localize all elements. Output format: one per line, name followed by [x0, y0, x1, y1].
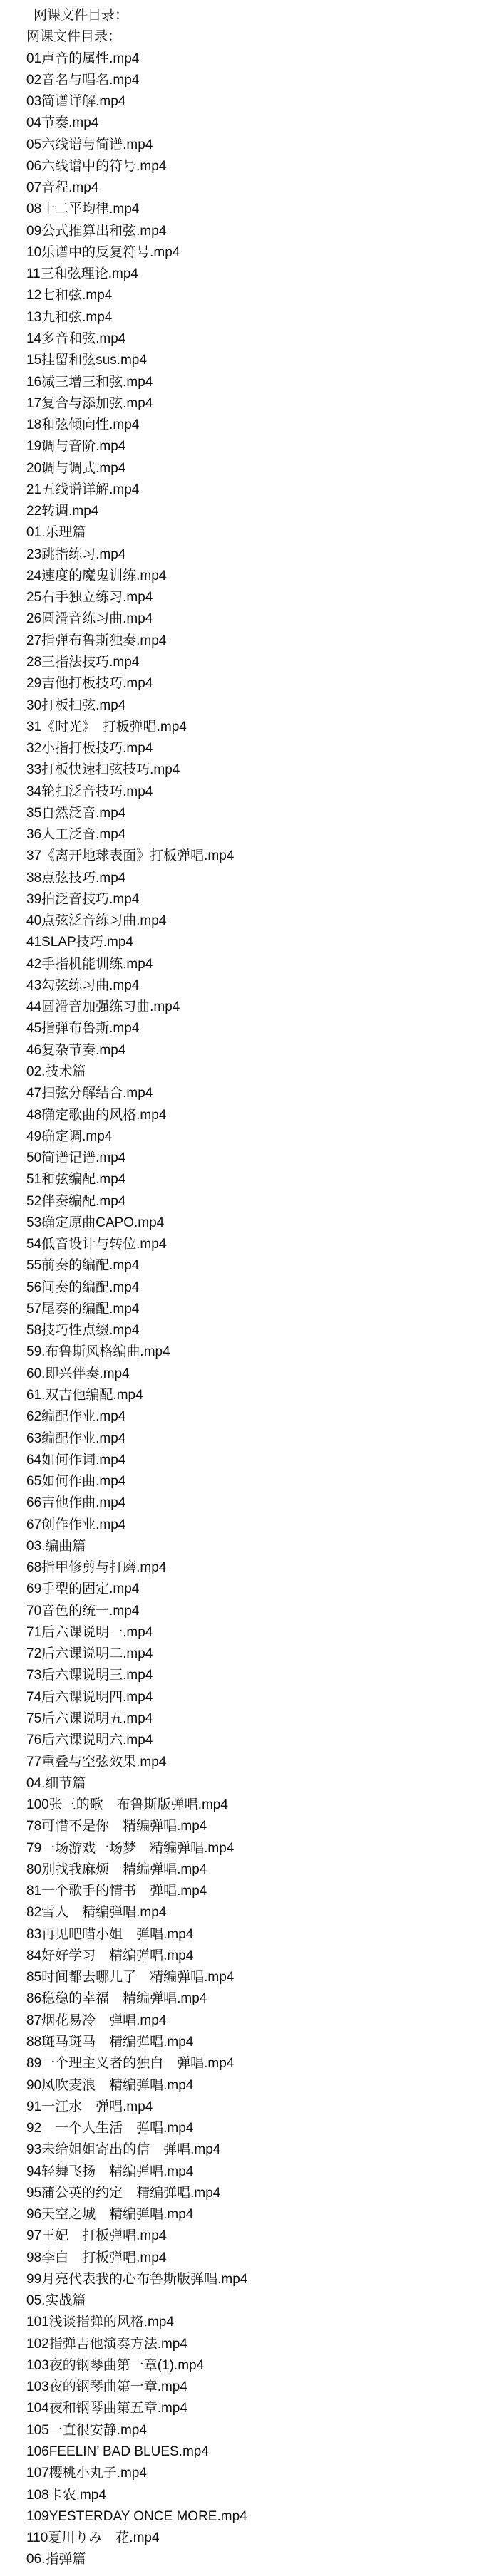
file-list-item: 60.即兴伴奏.mp4 — [26, 1364, 483, 1385]
file-list-item: 46复杂节奏.mp4 — [26, 1040, 483, 1061]
file-list-item: 45指弹布鲁斯.mp4 — [26, 1018, 483, 1039]
file-list-item: 25右手独立练习.mp4 — [26, 587, 483, 608]
file-list-item: 37《离开地球表面》打板弹唱.mp4 — [26, 846, 483, 867]
file-list-item: 51和弦编配.mp4 — [26, 1169, 483, 1190]
file-list-item: 49确定调.mp4 — [26, 1126, 483, 1148]
file-list-item: 86稳稳的幸福 精编弹唱.mp4 — [26, 1988, 483, 2010]
file-list-item: 85时间都去哪儿了 精编弹唱.mp4 — [26, 1967, 483, 1988]
file-list-item: 64如何作词.mp4 — [26, 1450, 483, 1471]
file-list-item: 69手型的固定.mp4 — [26, 1579, 483, 1600]
file-list-item: 16减三增三和弦.mp4 — [26, 372, 483, 393]
file-list-item: 11三和弦理论.mp4 — [26, 264, 483, 285]
file-list-item: 17复合与添加弦.mp4 — [26, 393, 483, 415]
file-list-item: 55前奏的编配.mp4 — [26, 1255, 483, 1277]
file-list-item: 94轻舞飞扬 精编弹唱.mp4 — [26, 2161, 483, 2183]
file-list-item: 99月亮代表我的心布鲁斯版弹唱.mp4 — [26, 2269, 483, 2290]
file-list-item: 36人工泛音.mp4 — [26, 824, 483, 846]
file-list-item: 03简谱详解.mp4 — [26, 91, 483, 113]
file-list-item: 47扫弦分解结合.mp4 — [26, 1083, 483, 1104]
section-label: 02.技术篇 — [26, 1061, 483, 1083]
file-list-item: 21五线谱详解.mp4 — [26, 479, 483, 501]
file-list-item: 97王妃 打板弹唱.mp4 — [26, 2226, 483, 2247]
file-list-item: 67创作作业.mp4 — [26, 1515, 483, 1536]
file-list-item: 90风吹麦浪 精编弹唱.mp4 — [26, 2075, 483, 2097]
file-list-item: 65如何作曲.mp4 — [26, 1471, 483, 1492]
file-list-item: 84好好学习 精编弹唱.mp4 — [26, 1946, 483, 1967]
file-list-item: 57尾奏的编配.mp4 — [26, 1299, 483, 1320]
file-list-item: 29吉他打板技巧.mp4 — [26, 673, 483, 695]
file-list-item: 58技巧性点缀.mp4 — [26, 1320, 483, 1341]
file-list-item: 95蒲公英的约定 精编弹唱.mp4 — [26, 2183, 483, 2204]
file-list-item: 103夜的钢琴曲第一章.mp4 — [26, 2377, 483, 2398]
file-list-item: 70音色的统一.mp4 — [26, 1601, 483, 1622]
file-list-item: 105一直很安静.mp4 — [26, 2420, 483, 2441]
file-list-item: 73后六课说明三.mp4 — [26, 1665, 483, 1686]
file-list-item: 107樱桃小丸子.mp4 — [26, 2463, 483, 2484]
file-list-item: 62编配作业.mp4 — [26, 1406, 483, 1428]
file-list-item: 28三指法技巧.mp4 — [26, 652, 483, 673]
section-label: 03.编曲篇 — [26, 1536, 483, 1557]
file-list-item: 81一个歌手的情书 弹唱.mp4 — [26, 1881, 483, 1902]
file-list-item: 92 一个人生活 弹唱.mp4 — [26, 2118, 483, 2139]
file-list-item: 39拍泛音技巧.mp4 — [26, 889, 483, 910]
document-title: 网课文件目录： — [26, 5, 483, 26]
file-list-item: 02音名与唱名.mp4 — [26, 70, 483, 91]
file-list-item: 40点弦泛音练习曲.mp4 — [26, 910, 483, 932]
file-list-item: 35自然泛音.mp4 — [26, 803, 483, 824]
file-list-item: 22转调.mp4 — [26, 501, 483, 522]
file-list-item: 04节奏.mp4 — [26, 113, 483, 134]
file-list-item: 27指弹布鲁斯独奏.mp4 — [26, 630, 483, 652]
file-list-item: 80别找我麻烦 精编弹唱.mp4 — [26, 1859, 483, 1881]
file-list-item: 26圆滑音练习曲.mp4 — [26, 608, 483, 630]
file-list-item: 48确定歌曲的风格.mp4 — [26, 1105, 483, 1126]
file-list-item: 96天空之城 精编弹唱.mp4 — [26, 2204, 483, 2226]
file-list-item: 07音程.mp4 — [26, 177, 483, 199]
file-list-item: 14多音和弦.mp4 — [26, 328, 483, 350]
file-list-item: 89一个理主义者的独白 弹唱.mp4 — [26, 2053, 483, 2074]
section-label: 01.乐理篇 — [26, 522, 483, 544]
file-list-item: 10乐谱中的反复符号.mp4 — [26, 242, 483, 264]
file-list-item: 87烟花易冷 弹唱.mp4 — [26, 2010, 483, 2032]
file-list-item: 56间奏的编配.mp4 — [26, 1277, 483, 1299]
file-list-item: 05六线谱与简谱.mp4 — [26, 135, 483, 156]
file-list-item: 82雪人 精编弹唱.mp4 — [26, 1902, 483, 1923]
file-list-item: 76后六课说明六.mp4 — [26, 1730, 483, 1751]
file-list-item: 13九和弦.mp4 — [26, 307, 483, 328]
file-list-item: 43勾弦练习曲.mp4 — [26, 975, 483, 997]
file-list-item: 79一场游戏一场梦 精编弹唱.mp4 — [26, 1838, 483, 1859]
file-list-item: 24速度的魔鬼训练.mp4 — [26, 566, 483, 587]
file-list-item: 23跳指练习.mp4 — [26, 544, 483, 566]
file-list-item: 98李白 打板弹唱.mp4 — [26, 2248, 483, 2269]
file-list-item: 83再见吧喵小姐 弹唱.mp4 — [26, 1924, 483, 1946]
file-list-item: 91一江水 弹唱.mp4 — [26, 2097, 483, 2118]
file-list-item: 32小指打板技巧.mp4 — [26, 738, 483, 759]
file-list-item: 88斑马斑马 精编弹唱.mp4 — [26, 2032, 483, 2053]
directory-heading: 网课文件目录： — [26, 26, 483, 48]
file-list-item: 75后六课说明五.mp4 — [26, 1708, 483, 1730]
file-list-item: 38点弦技巧.mp4 — [26, 868, 483, 889]
file-list-item: 104夜和钢琴曲第五章.mp4 — [26, 2398, 483, 2419]
file-list-item: 06六线谱中的符号.mp4 — [26, 156, 483, 177]
file-list-item: 74后六课说明四.mp4 — [26, 1687, 483, 1708]
file-list-item: 52伴奏编配.mp4 — [26, 1191, 483, 1212]
file-list-item: 106FEELIN’ BAD BLUES.mp4 — [26, 2441, 483, 2463]
file-list-item: 30打板扫弦.mp4 — [26, 695, 483, 717]
file-list-item: 54低音设计与转位.mp4 — [26, 1234, 483, 1255]
file-list-item: 18和弦倾向性.mp4 — [26, 415, 483, 436]
file-list-item: 41SLAP技巧.mp4 — [26, 932, 483, 953]
file-list-item: 12七和弦.mp4 — [26, 285, 483, 306]
file-list-item: 01声音的属性.mp4 — [26, 48, 483, 70]
file-list-item: 20调与调式.mp4 — [26, 458, 483, 479]
file-list-item: 109YESTERDAY ONCE MORE.mp4 — [26, 2506, 483, 2528]
file-list-item: 63编配作业.mp4 — [26, 1428, 483, 1450]
file-list-item: 50简谱记谱.mp4 — [26, 1148, 483, 1169]
file-list-item: 19调与音阶.mp4 — [26, 436, 483, 457]
file-list: 01声音的属性.mp402音名与唱名.mp403简谱详解.mp404节奏.mp4… — [26, 48, 483, 2571]
file-list-item: 72后六课说明二.mp4 — [26, 1643, 483, 1665]
section-label: 05.实战篇 — [26, 2290, 483, 2312]
file-list-item: 78可惜不是你 精编弹唱.mp4 — [26, 1816, 483, 1837]
file-list-item: 108卡农.mp4 — [26, 2485, 483, 2506]
file-list-item: 93未给姐姐寄出的信 弹唱.mp4 — [26, 2139, 483, 2161]
file-list-item: 08十二平均律.mp4 — [26, 199, 483, 220]
file-list-item: 59.布鲁斯风格编曲.mp4 — [26, 1341, 483, 1363]
file-list-item: 100张三的歌 布鲁斯版弹唱.mp4 — [26, 1795, 483, 1816]
file-list-item: 77重叠与空弦效果.mp4 — [26, 1752, 483, 1773]
file-list-item: 33打板快速扫弦技巧.mp4 — [26, 759, 483, 781]
file-list-item: 110夏川りみ 花.mp4 — [26, 2528, 483, 2549]
file-list-item: 53确定原曲CAPO.mp4 — [26, 1212, 483, 1234]
file-list-item: 31《时光》 打板弹唱.mp4 — [26, 717, 483, 738]
section-label: 06.指弹篇 — [26, 2549, 483, 2570]
section-label: 04.细节篇 — [26, 1773, 483, 1795]
file-list-item: 68指甲修剪与打磨.mp4 — [26, 1557, 483, 1579]
file-list-item: 101浅谈指弹的风格.mp4 — [26, 2312, 483, 2333]
file-list-item: 42手指机能训练.mp4 — [26, 954, 483, 975]
file-list-item: 66吉他作曲.mp4 — [26, 1492, 483, 1514]
file-list-item: 103夜的钢琴曲第一章(1).mp4 — [26, 2355, 483, 2377]
file-list-item: 15挂留和弦sus.mp4 — [26, 350, 483, 371]
file-list-item: 61.双吉他编配.mp4 — [26, 1385, 483, 1406]
file-directory-document: 网课文件目录： 网课文件目录： 01声音的属性.mp402音名与唱名.mp403… — [26, 5, 483, 2571]
file-list-item: 34轮扫泛音技巧.mp4 — [26, 781, 483, 803]
file-list-item: 09公式推算出和弦.mp4 — [26, 221, 483, 242]
file-list-item: 71后六课说明一.mp4 — [26, 1622, 483, 1643]
file-list-item: 44圆滑音加强练习曲.mp4 — [26, 997, 483, 1018]
file-list-item: 102指弹吉他演奏方法.mp4 — [26, 2334, 483, 2355]
